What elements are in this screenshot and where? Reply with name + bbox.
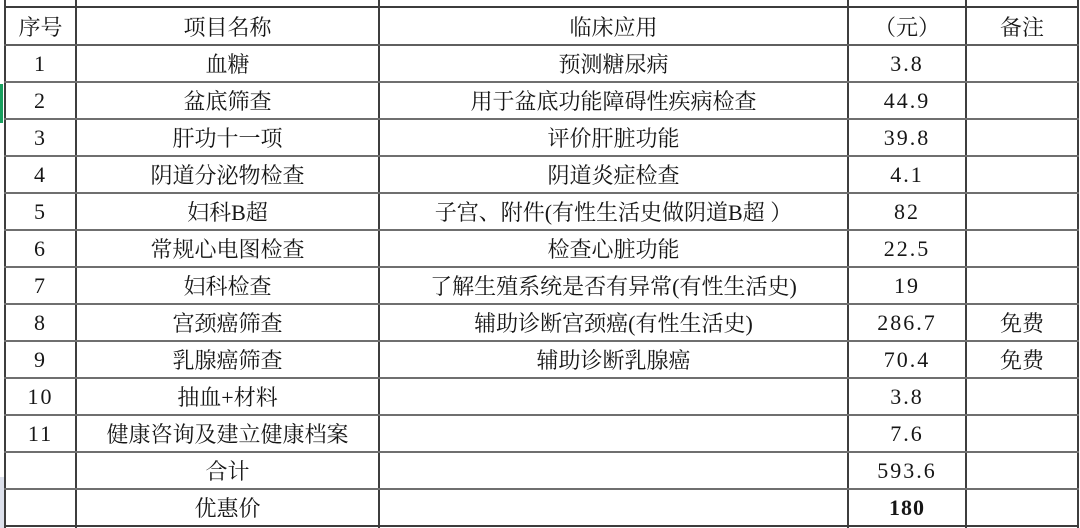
header-cell-index[interactable]: 序号: [5, 7, 76, 45]
exam-price-table: 序号 项目名称 临床应用 （元） 备注 1血糖预测糖尿病3.82盆底筛查用于盆底…: [4, 0, 1079, 528]
cell-remark[interactable]: [966, 489, 1078, 526]
cell-price[interactable]: 70.4: [848, 341, 966, 378]
spreadsheet-viewport: 序号 项目名称 临床应用 （元） 备注 1血糖预测糖尿病3.82盆底筛查用于盆底…: [0, 0, 1080, 528]
cell-name[interactable]: 肝功十一项: [76, 119, 379, 156]
cell-name[interactable]: 妇科检查: [76, 267, 379, 304]
table-row: 10抽血+材料3.8: [5, 378, 1078, 415]
cell-remark[interactable]: 免费: [966, 341, 1078, 378]
header-cell-remark[interactable]: 备注: [966, 7, 1078, 45]
header-row: 序号 项目名称 临床应用 （元） 备注: [5, 7, 1078, 45]
crop-spacer-cell: [76, 0, 379, 7]
cell-price[interactable]: 3.8: [848, 45, 966, 82]
cell-clinical[interactable]: 评价肝脏功能: [379, 119, 848, 156]
cell-clinical[interactable]: [379, 415, 848, 452]
cell-name[interactable]: 健康咨询及建立健康档案: [76, 415, 379, 452]
cell-name[interactable]: 合计: [76, 452, 379, 489]
cell-remark[interactable]: [966, 230, 1078, 267]
table-row: 11健康咨询及建立健康档案7.6: [5, 415, 1078, 452]
cell-clinical[interactable]: 阴道炎症检查: [379, 156, 848, 193]
row-selection-edge-artifact: [0, 84, 3, 123]
table-row: 4阴道分泌物检查阴道炎症检查4.1: [5, 156, 1078, 193]
cell-name[interactable]: 阴道分泌物检查: [76, 156, 379, 193]
cell-clinical[interactable]: 子宫、附件(有性生活史做阴道B超 ）: [379, 193, 848, 230]
cell-index[interactable]: 8: [5, 304, 76, 341]
cell-index[interactable]: 1: [5, 45, 76, 82]
cell-price[interactable]: 22.5: [848, 230, 966, 267]
cell-remark[interactable]: [966, 452, 1078, 489]
cell-price[interactable]: 593.6: [848, 452, 966, 489]
cell-index[interactable]: 3: [5, 119, 76, 156]
cell-price[interactable]: 3.8: [848, 378, 966, 415]
cell-clinical[interactable]: 了解生殖系统是否有异常(有性生活史): [379, 267, 848, 304]
cell-name[interactable]: 血糖: [76, 45, 379, 82]
cell-name[interactable]: 妇科B超: [76, 193, 379, 230]
cell-index[interactable]: 2: [5, 82, 76, 119]
cell-index[interactable]: 6: [5, 230, 76, 267]
cell-clinical[interactable]: [379, 452, 848, 489]
cell-index[interactable]: 10: [5, 378, 76, 415]
table-row: 2盆底筛查用于盆底功能障碍性疾病检查44.9: [5, 82, 1078, 119]
cell-remark[interactable]: [966, 156, 1078, 193]
cell-remark[interactable]: [966, 119, 1078, 156]
cell-remark[interactable]: 免费: [966, 304, 1078, 341]
cell-name[interactable]: 乳腺癌筛查: [76, 341, 379, 378]
cell-index[interactable]: [5, 489, 76, 526]
crop-spacer-cell: [379, 0, 848, 7]
cell-price[interactable]: 180: [848, 489, 966, 526]
table-row: 7妇科检查了解生殖系统是否有异常(有性生活史)19: [5, 267, 1078, 304]
cell-price[interactable]: 19: [848, 267, 966, 304]
cell-clinical[interactable]: 检查心脏功能: [379, 230, 848, 267]
cell-clinical[interactable]: [379, 489, 848, 526]
cell-name[interactable]: 盆底筛查: [76, 82, 379, 119]
header-cell-price[interactable]: （元）: [848, 7, 966, 45]
table-row: 合计593.6: [5, 452, 1078, 489]
header-cell-name[interactable]: 项目名称: [76, 7, 379, 45]
cell-remark[interactable]: [966, 415, 1078, 452]
cell-name[interactable]: 优惠价: [76, 489, 379, 526]
table-row: 1血糖预测糖尿病3.8: [5, 45, 1078, 82]
cell-name[interactable]: 常规心电图检查: [76, 230, 379, 267]
table-row: 5妇科B超子宫、附件(有性生活史做阴道B超 ）82: [5, 193, 1078, 230]
cell-name[interactable]: 抽血+材料: [76, 378, 379, 415]
cell-remark[interactable]: [966, 267, 1078, 304]
cell-index[interactable]: [5, 452, 76, 489]
cell-index[interactable]: 9: [5, 341, 76, 378]
table-row: 9乳腺癌筛查辅助诊断乳腺癌70.4免费: [5, 341, 1078, 378]
cell-remark[interactable]: [966, 378, 1078, 415]
cell-price[interactable]: 82: [848, 193, 966, 230]
cell-name[interactable]: 宫颈癌筛查: [76, 304, 379, 341]
cell-index[interactable]: 5: [5, 193, 76, 230]
cell-index[interactable]: 11: [5, 415, 76, 452]
crop-spacer-top: [5, 0, 1078, 7]
header-cell-clinical[interactable]: 临床应用: [379, 7, 848, 45]
cell-price[interactable]: 39.8: [848, 119, 966, 156]
cell-remark[interactable]: [966, 82, 1078, 119]
cell-price[interactable]: 7.6: [848, 415, 966, 452]
crop-spacer-cell: [5, 0, 76, 7]
cell-price[interactable]: 286.7: [848, 304, 966, 341]
table-row: 6常规心电图检查检查心脏功能22.5: [5, 230, 1078, 267]
table-row: 3肝功十一项评价肝脏功能39.8: [5, 119, 1078, 156]
cell-remark[interactable]: [966, 45, 1078, 82]
table-row: 优惠价180: [5, 489, 1078, 526]
crop-spacer-cell: [966, 0, 1078, 7]
cell-index[interactable]: 4: [5, 156, 76, 193]
cell-remark[interactable]: [966, 193, 1078, 230]
table-body: 1血糖预测糖尿病3.82盆底筛查用于盆底功能障碍性疾病检查44.93肝功十一项评…: [5, 45, 1078, 526]
crop-spacer-cell: [848, 0, 966, 7]
cell-clinical[interactable]: 辅助诊断乳腺癌: [379, 341, 848, 378]
table-row: 8宫颈癌筛查辅助诊断宫颈癌(有性生活史)286.7免费: [5, 304, 1078, 341]
cell-clinical[interactable]: 预测糖尿病: [379, 45, 848, 82]
cell-clinical[interactable]: [379, 378, 848, 415]
cell-index[interactable]: 7: [5, 267, 76, 304]
cell-clinical[interactable]: 用于盆底功能障碍性疾病检查: [379, 82, 848, 119]
cell-price[interactable]: 44.9: [848, 82, 966, 119]
cell-price[interactable]: 4.1: [848, 156, 966, 193]
cell-clinical[interactable]: 辅助诊断宫颈癌(有性生活史): [379, 304, 848, 341]
